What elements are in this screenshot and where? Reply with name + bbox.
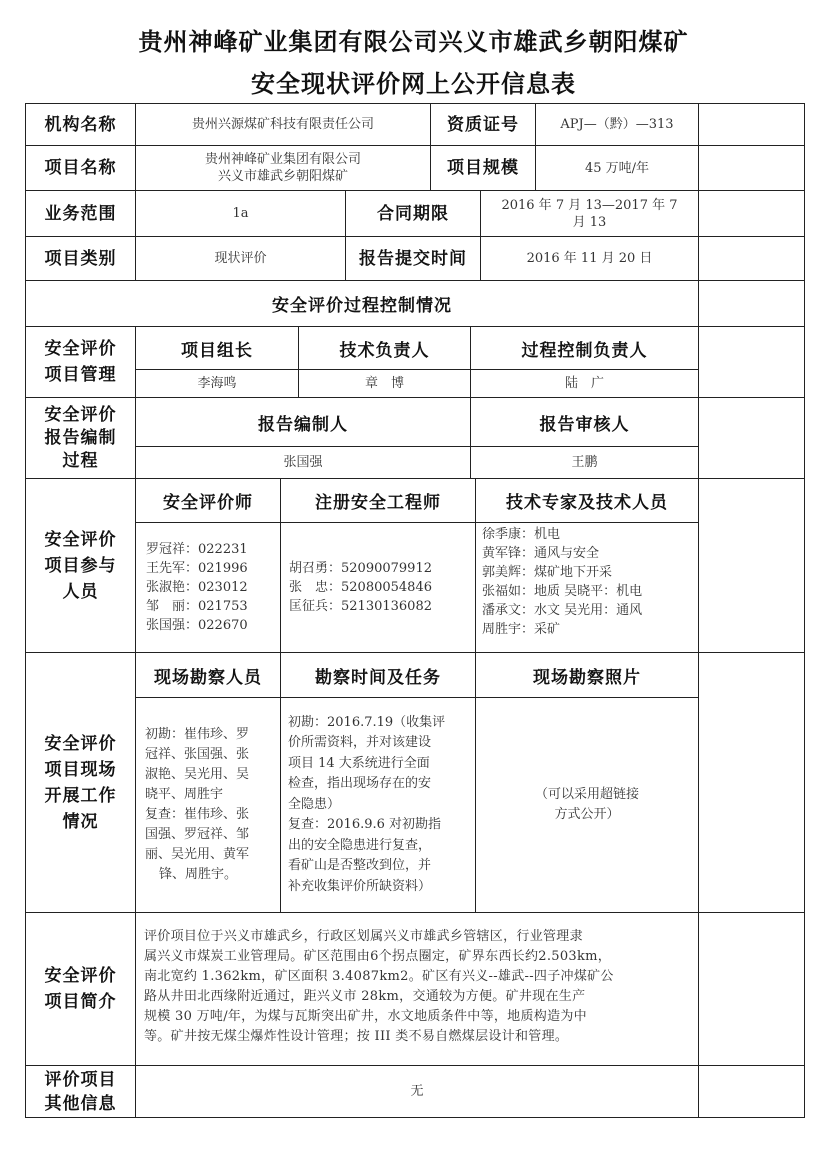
document-title-line1: 贵州神峰矿业集团有限公司兴义市雄武乡朝阳煤矿 <box>0 22 827 57</box>
header-text: 项目组长 <box>181 336 253 361</box>
value-text: 张国强 <box>283 454 322 471</box>
list-item: 徐季康：机电 <box>482 525 560 544</box>
site-tasks: 初勘：2016.7.19（收集评 价所需资料，并对该建设 项目 14 大系统进行… <box>280 697 476 913</box>
list-item: 周胜宇：采矿 <box>482 620 560 639</box>
header-text: 安全评价师 <box>163 488 253 513</box>
value-text: 章 博 <box>365 375 404 392</box>
evaluators-list: 罗冠祥：022231 王先军：021996 张淑艳：023012 邹 丽：021… <box>135 522 281 653</box>
other-value-text: 无 <box>410 1083 423 1100</box>
site-header-tasks: 勘察时间及任务 <box>280 652 476 698</box>
report-header-author: 报告编制人 <box>135 397 471 447</box>
text-line: 属兴义市煤炭工业管理局。矿区范围由6个拐点圈定，矿界东西长约2.503km， <box>144 947 611 967</box>
list-item: 邹 丽：021753 <box>146 597 248 616</box>
header-text: 报告编制人 <box>258 410 348 435</box>
scale-value: 45 万吨/年 <box>535 145 699 191</box>
text-line: 冠祥、张国强、张 <box>145 745 249 765</box>
list-item: 张福如：地质 吴晓平：机电 <box>482 582 642 601</box>
text-line: 出的安全隐患进行复查， <box>288 836 431 857</box>
participants-header-evaluators: 安全评价师 <box>135 478 281 523</box>
text-line: 全隐患） <box>288 795 340 816</box>
management-header-leader: 项目组长 <box>135 326 299 370</box>
empty-cell-r7 <box>698 397 805 479</box>
experts-list: 徐季康：机电 黄军锋：通风与安全 郭美辉：煤矿地下开采 张福如：地质 吴晓平：机… <box>475 522 699 653</box>
text-line: 国强、罗冠祥、邹 <box>145 825 249 845</box>
submit-value: 2016 年 11 月 20 日 <box>480 236 699 281</box>
participants-label-line2: 项目参与 <box>45 553 117 579</box>
category-value: 现状评价 <box>135 236 346 281</box>
process-section-title: 安全评价过程控制情况 <box>25 280 699 327</box>
cert-label-text: 资质证号 <box>447 112 519 138</box>
management-value-control: 陆 广 <box>470 369 699 398</box>
list-item: 潘承文：水文 吴光用：通风 <box>482 601 642 620</box>
photo-note-line1: （可以采用超链接 <box>535 785 639 805</box>
header-text: 现场勘察照片 <box>533 663 641 688</box>
text-line: 评价项目位于兴义市雄武乡，行政区划属兴义市雄武乡管辖区，行业管理隶 <box>144 927 583 947</box>
site-label-line4: 情况 <box>63 809 99 835</box>
text-line: 看矿山是否整改到位，并 <box>288 856 431 877</box>
site-header-photos: 现场勘察照片 <box>475 652 699 698</box>
other-label-line1: 评价项目 <box>45 1068 117 1092</box>
summary-label-line1: 安全评价 <box>45 963 117 989</box>
list-item: 黄军锋：通风与安全 <box>482 544 599 563</box>
site-label-line1: 安全评价 <box>45 731 117 757</box>
text-line: 复查：崔伟珍、张 <box>145 805 249 825</box>
text-line: 淑艳、吴光用、吴 <box>145 765 249 785</box>
management-label: 安全评价 项目管理 <box>25 326 136 398</box>
text-line: 检查，指出现场存在的安 <box>288 774 431 795</box>
list-item: 胡召勇：52090079912 <box>289 559 432 578</box>
text-line: 复查：2016.9.6 对初勘指 <box>288 815 441 836</box>
scale-value-text: 45 万吨/年 <box>585 160 649 177</box>
text-line: 等。矿井按无煤尘爆炸性设计管理；按 III 类不易自燃煤层设计和管理。 <box>144 1027 568 1047</box>
summary-label-line2: 项目简介 <box>45 989 117 1015</box>
report-value-reviewer: 王鹏 <box>470 446 699 479</box>
list-item: 郭美辉：煤矿地下开采 <box>482 563 612 582</box>
header-text: 过程控制负责人 <box>522 336 648 361</box>
summary-text: 评价项目位于兴义市雄武乡，行政区划属兴义市雄武乡管辖区，行业管理隶 属兴义市煤炭… <box>135 912 699 1066</box>
management-value-leader: 李海鸣 <box>135 369 299 398</box>
participants-header-experts: 技术专家及技术人员 <box>475 478 699 523</box>
category-value-text: 现状评价 <box>214 250 266 267</box>
empty-cell-r10 <box>698 912 805 1066</box>
engineers-list: 胡召勇：52090079912 张 忠：52080054846 匡征兵：5213… <box>280 522 476 653</box>
project-label: 项目名称 <box>25 145 136 191</box>
contract-value: 2016 年 7 月 13—2017 年 7 月 13 <box>480 190 699 237</box>
list-item: 王先军：021996 <box>146 559 248 578</box>
empty-cell-r6 <box>698 326 805 398</box>
process-section-title-text: 安全评价过程控制情况 <box>272 291 452 316</box>
management-header-control: 过程控制负责人 <box>470 326 699 370</box>
text-line: 丽、吴光用、黄军 <box>145 845 249 865</box>
management-header-tech: 技术负责人 <box>298 326 471 370</box>
scale-label-text: 项目规模 <box>447 155 519 181</box>
list-item: 张淑艳：023012 <box>146 578 248 597</box>
header-text: 注册安全工程师 <box>315 488 441 513</box>
scope-value: 1a <box>135 190 346 237</box>
text-line: 南北宽约 1.362km，矿区面积 3.4087km2。矿区有兴义--雄武--四… <box>144 967 614 987</box>
empty-cell-r11 <box>698 1065 805 1118</box>
header-text: 技术负责人 <box>340 336 430 361</box>
empty-cell-r3 <box>698 190 805 237</box>
empty-cell-r4 <box>698 236 805 281</box>
site-staff: 初勘：崔伟珍、罗 冠祥、张国强、张 淑艳、吴光用、吴 晓平、周胜宇 复查：崔伟珍… <box>135 697 281 913</box>
category-label: 项目类别 <box>25 236 136 281</box>
report-label-line2: 报告编制 <box>45 427 117 450</box>
site-label-line2: 项目现场 <box>45 757 117 783</box>
org-value: 贵州兴源煤矿科技有限责任公司 <box>135 103 431 146</box>
value-text: 陆 广 <box>565 375 604 392</box>
scope-label-text: 业务范围 <box>45 201 117 227</box>
other-label: 评价项目 其他信息 <box>25 1065 136 1118</box>
site-photos: （可以采用超链接 方式公开） <box>475 697 699 913</box>
category-label-text: 项目类别 <box>45 246 117 272</box>
scale-label: 项目规模 <box>430 145 536 191</box>
org-label: 机构名称 <box>25 103 136 146</box>
empty-cell-r2 <box>698 145 805 191</box>
submit-label-text: 报告提交时间 <box>359 246 467 272</box>
text-line: 初勘：崔伟珍、罗 <box>145 725 249 745</box>
report-label-line1: 安全评价 <box>45 404 117 427</box>
header-text: 勘察时间及任务 <box>315 663 441 688</box>
text-line: 锋、周胜宇。 <box>145 865 237 885</box>
value-text: 王鹏 <box>571 454 597 471</box>
participants-label-line3: 人员 <box>63 579 99 605</box>
project-label-text: 项目名称 <box>45 155 117 181</box>
contract-value-line1: 2016 年 7 月 13—2017 年 7 <box>501 197 677 214</box>
project-value-line2: 兴义市雄武乡朝阳煤矿 <box>218 168 348 185</box>
project-value-line1: 贵州神峰矿业集团有限公司 <box>205 151 361 168</box>
text-line: 补充收集评价所缺资料） <box>288 877 431 898</box>
report-header-reviewer: 报告审核人 <box>470 397 699 447</box>
management-label-line2: 项目管理 <box>45 362 117 388</box>
scope-label: 业务范围 <box>25 190 136 237</box>
header-text: 报告审核人 <box>540 410 630 435</box>
document-title-line2: 安全现状评价网上公开信息表 <box>0 64 827 99</box>
cert-value: APJ—（黔）—313 <box>535 103 699 146</box>
participants-label-line1: 安全评价 <box>45 527 117 553</box>
cert-label: 资质证号 <box>430 103 536 146</box>
contract-value-line2: 月 13 <box>573 214 607 231</box>
header-text: 技术专家及技术人员 <box>506 488 668 513</box>
report-value-author: 张国强 <box>135 446 471 479</box>
other-label-line2: 其他信息 <box>45 1092 117 1116</box>
report-label: 安全评价 报告编制 过程 <box>25 397 136 479</box>
text-line: 规模 30 万吨/年，为煤与瓦斯突出矿井，水文地质条件中等，地质构造为中 <box>144 1007 587 1027</box>
org-value-text: 贵州兴源煤矿科技有限责任公司 <box>192 116 374 133</box>
text-line: 价所需资料，并对该建设 <box>288 733 431 754</box>
management-value-tech: 章 博 <box>298 369 471 398</box>
text-line: 初勘：2016.7.19（收集评 <box>288 713 445 734</box>
empty-cell-r8 <box>698 478 805 653</box>
participants-header-engineers: 注册安全工程师 <box>280 478 476 523</box>
empty-cell-r5 <box>698 280 805 327</box>
report-label-line3: 过程 <box>63 450 99 473</box>
site-label: 安全评价 项目现场 开展工作 情况 <box>25 652 136 913</box>
management-label-line1: 安全评价 <box>45 336 117 362</box>
list-item: 张国强：022670 <box>146 616 248 635</box>
text-line: 项目 14 大系统进行全面 <box>288 754 430 775</box>
cert-value-text: APJ—（黔）—313 <box>560 116 673 133</box>
text-line: 晓平、周胜宇 <box>145 785 223 805</box>
list-item: 张 忠：52080054846 <box>289 578 432 597</box>
contract-label-text: 合同期限 <box>377 201 449 227</box>
value-text: 李海鸣 <box>197 375 236 392</box>
submit-label: 报告提交时间 <box>345 236 481 281</box>
empty-cell-r9 <box>698 652 805 913</box>
empty-cell-r1 <box>698 103 805 146</box>
list-item: 匡征兵：52130136082 <box>289 597 432 616</box>
org-label-text: 机构名称 <box>45 112 117 138</box>
summary-label: 安全评价 项目简介 <box>25 912 136 1066</box>
scope-value-text: 1a <box>232 205 248 222</box>
text-line: 路从井田北西缘附近通过，距兴义市 28km，交通较为方便。矿井现在生产 <box>144 987 585 1007</box>
site-header-staff: 现场勘察人员 <box>135 652 281 698</box>
submit-value-text: 2016 年 11 月 20 日 <box>527 250 653 267</box>
other-value: 无 <box>135 1065 699 1118</box>
list-item: 罗冠祥：022231 <box>146 540 248 559</box>
participants-label: 安全评价 项目参与 人员 <box>25 478 136 653</box>
project-value: 贵州神峰矿业集团有限公司 兴义市雄武乡朝阳煤矿 <box>135 145 431 191</box>
photo-note-line2: 方式公开） <box>554 805 619 825</box>
header-text: 现场勘察人员 <box>154 663 262 688</box>
contract-label: 合同期限 <box>345 190 481 237</box>
site-label-line3: 开展工作 <box>45 783 117 809</box>
